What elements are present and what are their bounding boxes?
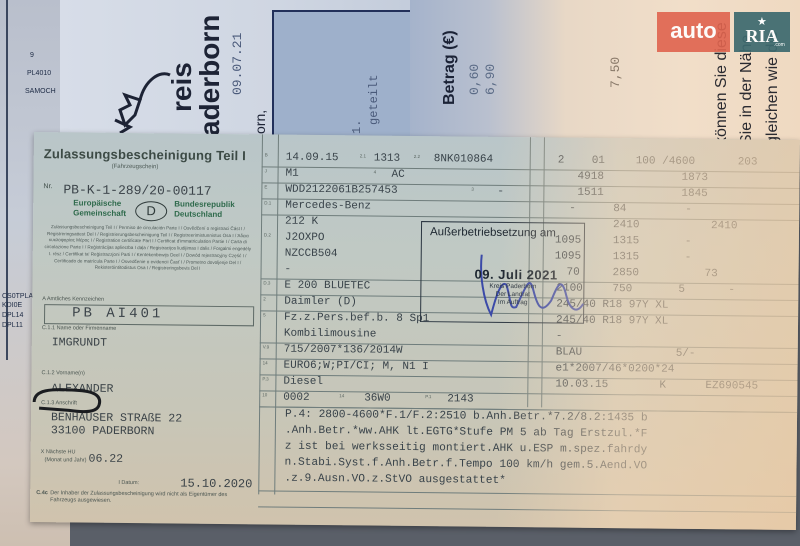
paperclip-icon [29,382,109,421]
next-inspection-sublabel: (Monat und Jahr) [45,457,87,463]
authority-name-line2: aderborn [196,15,224,136]
first-registration-date: 14.09.15 [286,151,339,167]
amount-header: Betrag (€) [441,30,459,105]
field-code: B [265,152,268,157]
remarks-line: .z.9.Ausn.VO.z.StVO ausgestattet* [284,473,506,487]
top-speed: 203 [738,155,758,170]
next-inspection-date: 06.22 [89,453,124,466]
registration-certificate: Zulassungsbescheinigung Teil I (Fahrzeug… [30,132,800,530]
empty-value: - [284,263,291,278]
amount-value: 6,90 [483,64,498,95]
body-style: Kombilimousine [284,327,377,343]
country-label-line1: Bundesrepublik [174,199,235,210]
watermark-suffix: .com [774,42,785,48]
plate-label: A Amtliches Kennzeichen [42,296,104,303]
max-mass: 2410 [613,218,640,233]
body-type-code: AC [391,168,404,183]
field-code: D.3 [263,280,270,285]
empty-value: - [685,203,692,218]
field-code: 5 [263,312,266,317]
standing-places: - [728,283,735,298]
date-label: I Datum: [118,480,139,486]
displacement: 2143 [447,392,474,407]
seats: 5 [678,283,685,298]
field-code: 4 [374,170,377,175]
type-approval-number: e1*2007/46*0200*24 [555,361,674,377]
manufacturer: Daimler (D) [284,295,357,311]
remarks-line: z ist bei werksseitig montiert.AHK u.ESP… [285,441,648,457]
drive-noise: 73 [704,267,717,282]
watermark-auto: auto [657,12,730,52]
emission-regulation: 715/2007*136/2014W [284,343,403,359]
stamp-date: 09. Juli 2021 [474,267,557,283]
color: BLAU [556,345,583,360]
deregistration-stamp: Außerbetriebsetzung am 09. Juli 2021 Kre… [420,221,585,324]
color-code: 5/- [676,347,696,362]
form-fragment: DPL14 [2,312,23,319]
unbraked-trailer-load: 750 [612,282,632,297]
field-code: 2.1 [360,153,366,158]
vehicle-data-grid: B 14.09.15 2.1 1313 2.2 8NK010864 J M1 4… [258,134,800,530]
c4c-label: C.4c [36,490,48,496]
empty-value: - [556,329,563,344]
address-city: 33100 PADERBORN [51,424,155,438]
make: Mercedes-Benz [285,199,371,215]
width: 1873 [681,171,708,186]
eu-label-line2: Gemeinschaft [73,208,126,219]
field-code: 2.2 [414,154,420,159]
multilingual-fine-print: Zulassungsbescheinigung Teil I / Permiso… [43,224,253,273]
issue-date: 15.10.2020 [180,477,252,492]
emission-key: 36W0 [364,391,391,406]
axle-load-2b: 1315 [613,250,640,265]
version: NZCCB504 [285,247,338,263]
type-code: 8NK010864 [434,152,494,168]
form-fragment: DPL11 [2,322,23,329]
form-fragment: KDI0E [2,302,22,309]
letter-date: 09.07.21 [230,33,245,95]
license-plate: PB AI401 [72,305,163,322]
document-title: Zulassungsbescheinigung Teil I [44,146,246,163]
check-digit: - [497,185,504,200]
letter-fragment: geteilt [367,75,381,125]
field-code: 10 [262,392,267,397]
document-subtitle: (Fahrzeugschein) [112,164,159,170]
stamp-authority-line2: Der Landrat [489,291,536,299]
surname: IMGRUNDT [52,336,107,350]
eu-label: Europäische Gemeinschaft [73,198,126,219]
stamp-title: Außerbetriebsetzung am [430,226,556,239]
power-rpm: 100 /4600 [636,154,696,170]
country-label: Bundesrepublik Deutschland [174,199,235,220]
certificate-number: EZ690545 [705,379,758,395]
autoria-watermark: auto RIA ★ .com [657,12,789,52]
ownership-note: Der Inhaber der Zulassungsbescheinigung … [50,490,230,506]
tank-volume: 84 [613,202,626,217]
field-code: 14 [263,360,268,365]
drive-axles: 01 [592,154,605,169]
manufacturer-code: 1313 [374,152,401,167]
field-code: D.1 [264,200,271,205]
certificate-key: K [659,379,666,394]
permitted-mass: 2410 [711,219,738,234]
star-icon: ★ [757,15,767,28]
variant: J2OXPO [285,231,325,246]
remarks-line: .Anh.Betr.*ww.AHK lt.EGTG*Stufe PM 5 ab … [285,425,648,441]
fuel-code: 0002 [283,391,310,406]
next-inspection-label: X Nächste HU [41,449,76,455]
kreis-paderborn-logo-icon [105,55,175,135]
address-window [272,10,412,144]
field-code: 3 [471,187,474,192]
trade-name: E 200 BLUETEC [284,279,370,295]
letter-fragment: 1. [350,120,364,134]
amount-value: 0,60 [467,64,482,95]
form-fragment: SAMOCH [25,88,56,95]
country-label-line2: Deutschland [174,209,235,220]
remarks-line: n.Stabi.Syst.f.Anh.Betr.f.Tempo 100 km/h… [284,457,647,473]
remarks-line: P.4: 2800-4600*F.1/F.2:2510 b.Anh.Betr.*… [285,409,648,425]
form-fragment: PL4010 [27,70,51,77]
certificate-left-panel: Zulassungsbescheinigung Teil I (Fahrzeug… [30,132,262,524]
field-code: V.9 [263,344,269,349]
vehicle-class: M1 [285,167,298,182]
eu-label-line1: Europäische [73,198,126,209]
form-fragment: 9 [30,52,34,59]
empty-value: - [685,235,692,250]
vehicle-kind: Fz.z.Pers.bef.b. 8 Sp1 [284,311,429,328]
field-code: E [264,184,267,189]
country-code-oval: D [135,201,167,221]
rpm-noise: 2850 [612,266,639,281]
number-label: Nr. [43,183,52,190]
field-code: J [265,168,267,173]
document-number: PB-K-1-289/20-00117 [63,182,211,199]
date-of-certificate: 10.03.15 [555,377,608,393]
field-code: P.1 [425,394,431,399]
field-code: D.2 [264,232,271,237]
surname-label: C.1.1 Name oder Firmenname [42,325,116,332]
field-code: P.3 [262,376,268,381]
field-code: 14 [339,393,344,398]
amount-total: 7,50 [608,57,623,88]
vin: WDD2122061B257453 [285,183,397,199]
authority-name-line1: reis [168,62,196,112]
axle-load-2: 1315 [613,234,640,249]
height: 1511 [577,186,604,201]
empty-value: - [569,202,576,217]
first-name-label: C.1.2 Vorname(n) [41,370,84,376]
type: 212 K [285,215,318,230]
axles: 2 [558,153,565,168]
empty-value: - [685,251,692,266]
curb-weight: 1845 [681,187,708,202]
stamp-authority: Kreis Paderborn Der Landrat Im Auftrag [489,283,536,307]
emission-class: EURO6;W;PI/CI; M, N1 I [283,359,428,376]
field-code: 2 [263,296,266,301]
city-fragment: orn, [252,110,268,134]
fuel-type: Diesel [283,375,323,390]
length: 4918 [577,170,604,185]
stamp-authority-line3: Im Auftrag [489,299,536,307]
